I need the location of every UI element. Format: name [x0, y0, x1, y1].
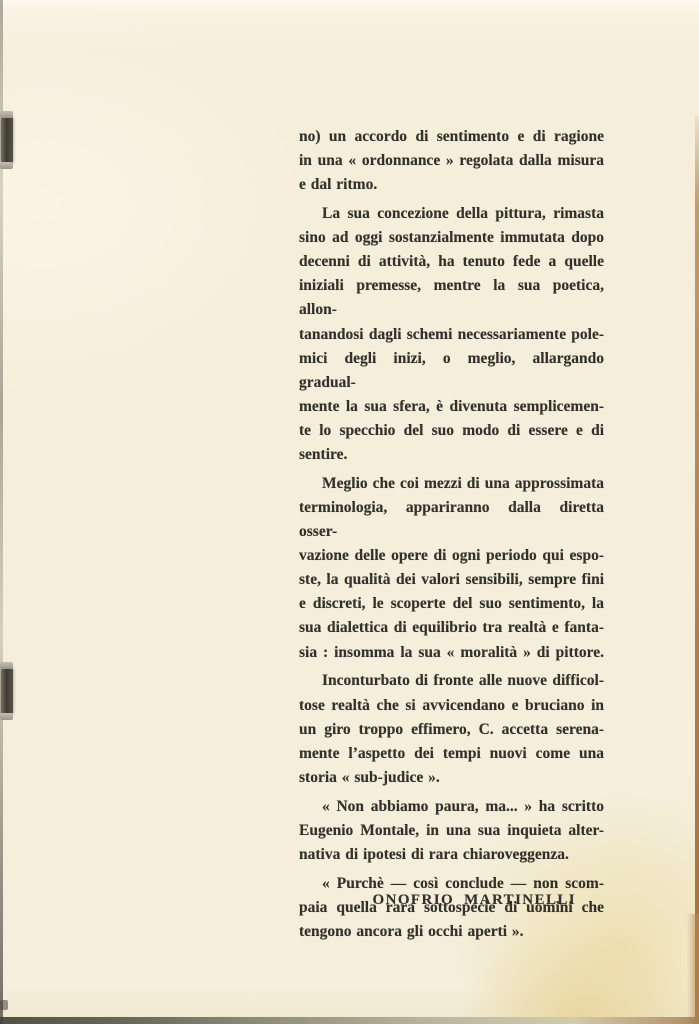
page-bottom-scan-shadow: [0, 1017, 699, 1024]
text-line: « Non abbiamo paura, ma... » ha scritto: [299, 795, 604, 819]
paragraph: Meglio che coi mezzi di una approssimata…: [299, 472, 604, 665]
text-line: tanandosi dagli schemi necessariamente p…: [299, 323, 604, 347]
text-line: iniziali premesse, mentre la sua poetica…: [299, 274, 604, 322]
text-line: storia « sub-judice ».: [299, 766, 604, 790]
text-line: no) un accordo di sentimento e di ragion…: [299, 125, 604, 149]
text-line: sentire.: [299, 443, 604, 467]
text-line: ste, la qualità dei valori sensibili, se…: [299, 568, 604, 592]
text-line: e dal ritmo.: [299, 173, 604, 197]
page-bottom-left-mark: [0, 1000, 8, 1010]
text-line: tose realtà che si avvicendano e brucian…: [299, 694, 604, 718]
text-line: nativa di ipotesi di rara chiaroveggenza…: [299, 843, 604, 867]
paragraph: « Non abbiamo paura, ma... » ha scrittoE…: [299, 795, 604, 867]
text-line: La sua concezione della pittura, rimasta: [299, 202, 604, 226]
text-line: terminologia, appariranno dalla diretta …: [299, 496, 604, 544]
text-line: sua dialettica di equilibrio tra realtà …: [299, 616, 604, 640]
paragraph: no) un accordo di sentimento e di ragion…: [299, 125, 604, 197]
staple-bottom-icon: [1, 668, 13, 714]
text-line: decenni di attività, ha tenuto fede a qu…: [299, 250, 604, 274]
paragraph: Inconturbato di fronte alle nuove diffic…: [299, 669, 604, 789]
text-line: sino ad oggi sostanzialmente immutata do…: [299, 226, 604, 250]
text-line: Meglio che coi mezzi di una approssimata: [299, 472, 604, 496]
staple-top-icon: [1, 117, 13, 163]
page-right-tanned-edge: [695, 116, 699, 1024]
text-line: tengono ancora gli occhi aperti ».: [299, 920, 604, 944]
text-line: e discreti, le scoperte del suo sentimen…: [299, 592, 604, 616]
scanned-page: no) un accordo di sentimento e di ragion…: [0, 0, 699, 1024]
text-line: un giro troppo effimero, C. accetta sere…: [299, 718, 604, 742]
text-column: no) un accordo di sentimento e di ragion…: [299, 125, 604, 949]
text-line: te lo specchio del suo modo di essere e …: [299, 419, 604, 443]
text-line: mente la sua sfera, è divenuta semplicem…: [299, 395, 604, 419]
text-line: Eugenio Montale, in una sua inquieta alt…: [299, 819, 604, 843]
text-line: sia : insomma la sua « moralità » di pit…: [299, 641, 604, 665]
paragraph: La sua concezione della pittura, rimasta…: [299, 202, 604, 467]
page-corner-stain: [687, 914, 699, 1024]
text-line: mente l’aspetto dei tempi nuovi come una: [299, 742, 604, 766]
text-line: in una « ordonnance » regolata dalla mis…: [299, 149, 604, 173]
author-signature: ONOFRIO MARTINELLI: [299, 892, 603, 909]
text-line: Inconturbato di fronte alle nuove diffic…: [299, 669, 604, 693]
text-line: vazione delle opere di ogni periodo qui …: [299, 544, 604, 568]
text-line: mici degli inizi, o meglio, allargando g…: [299, 347, 604, 395]
